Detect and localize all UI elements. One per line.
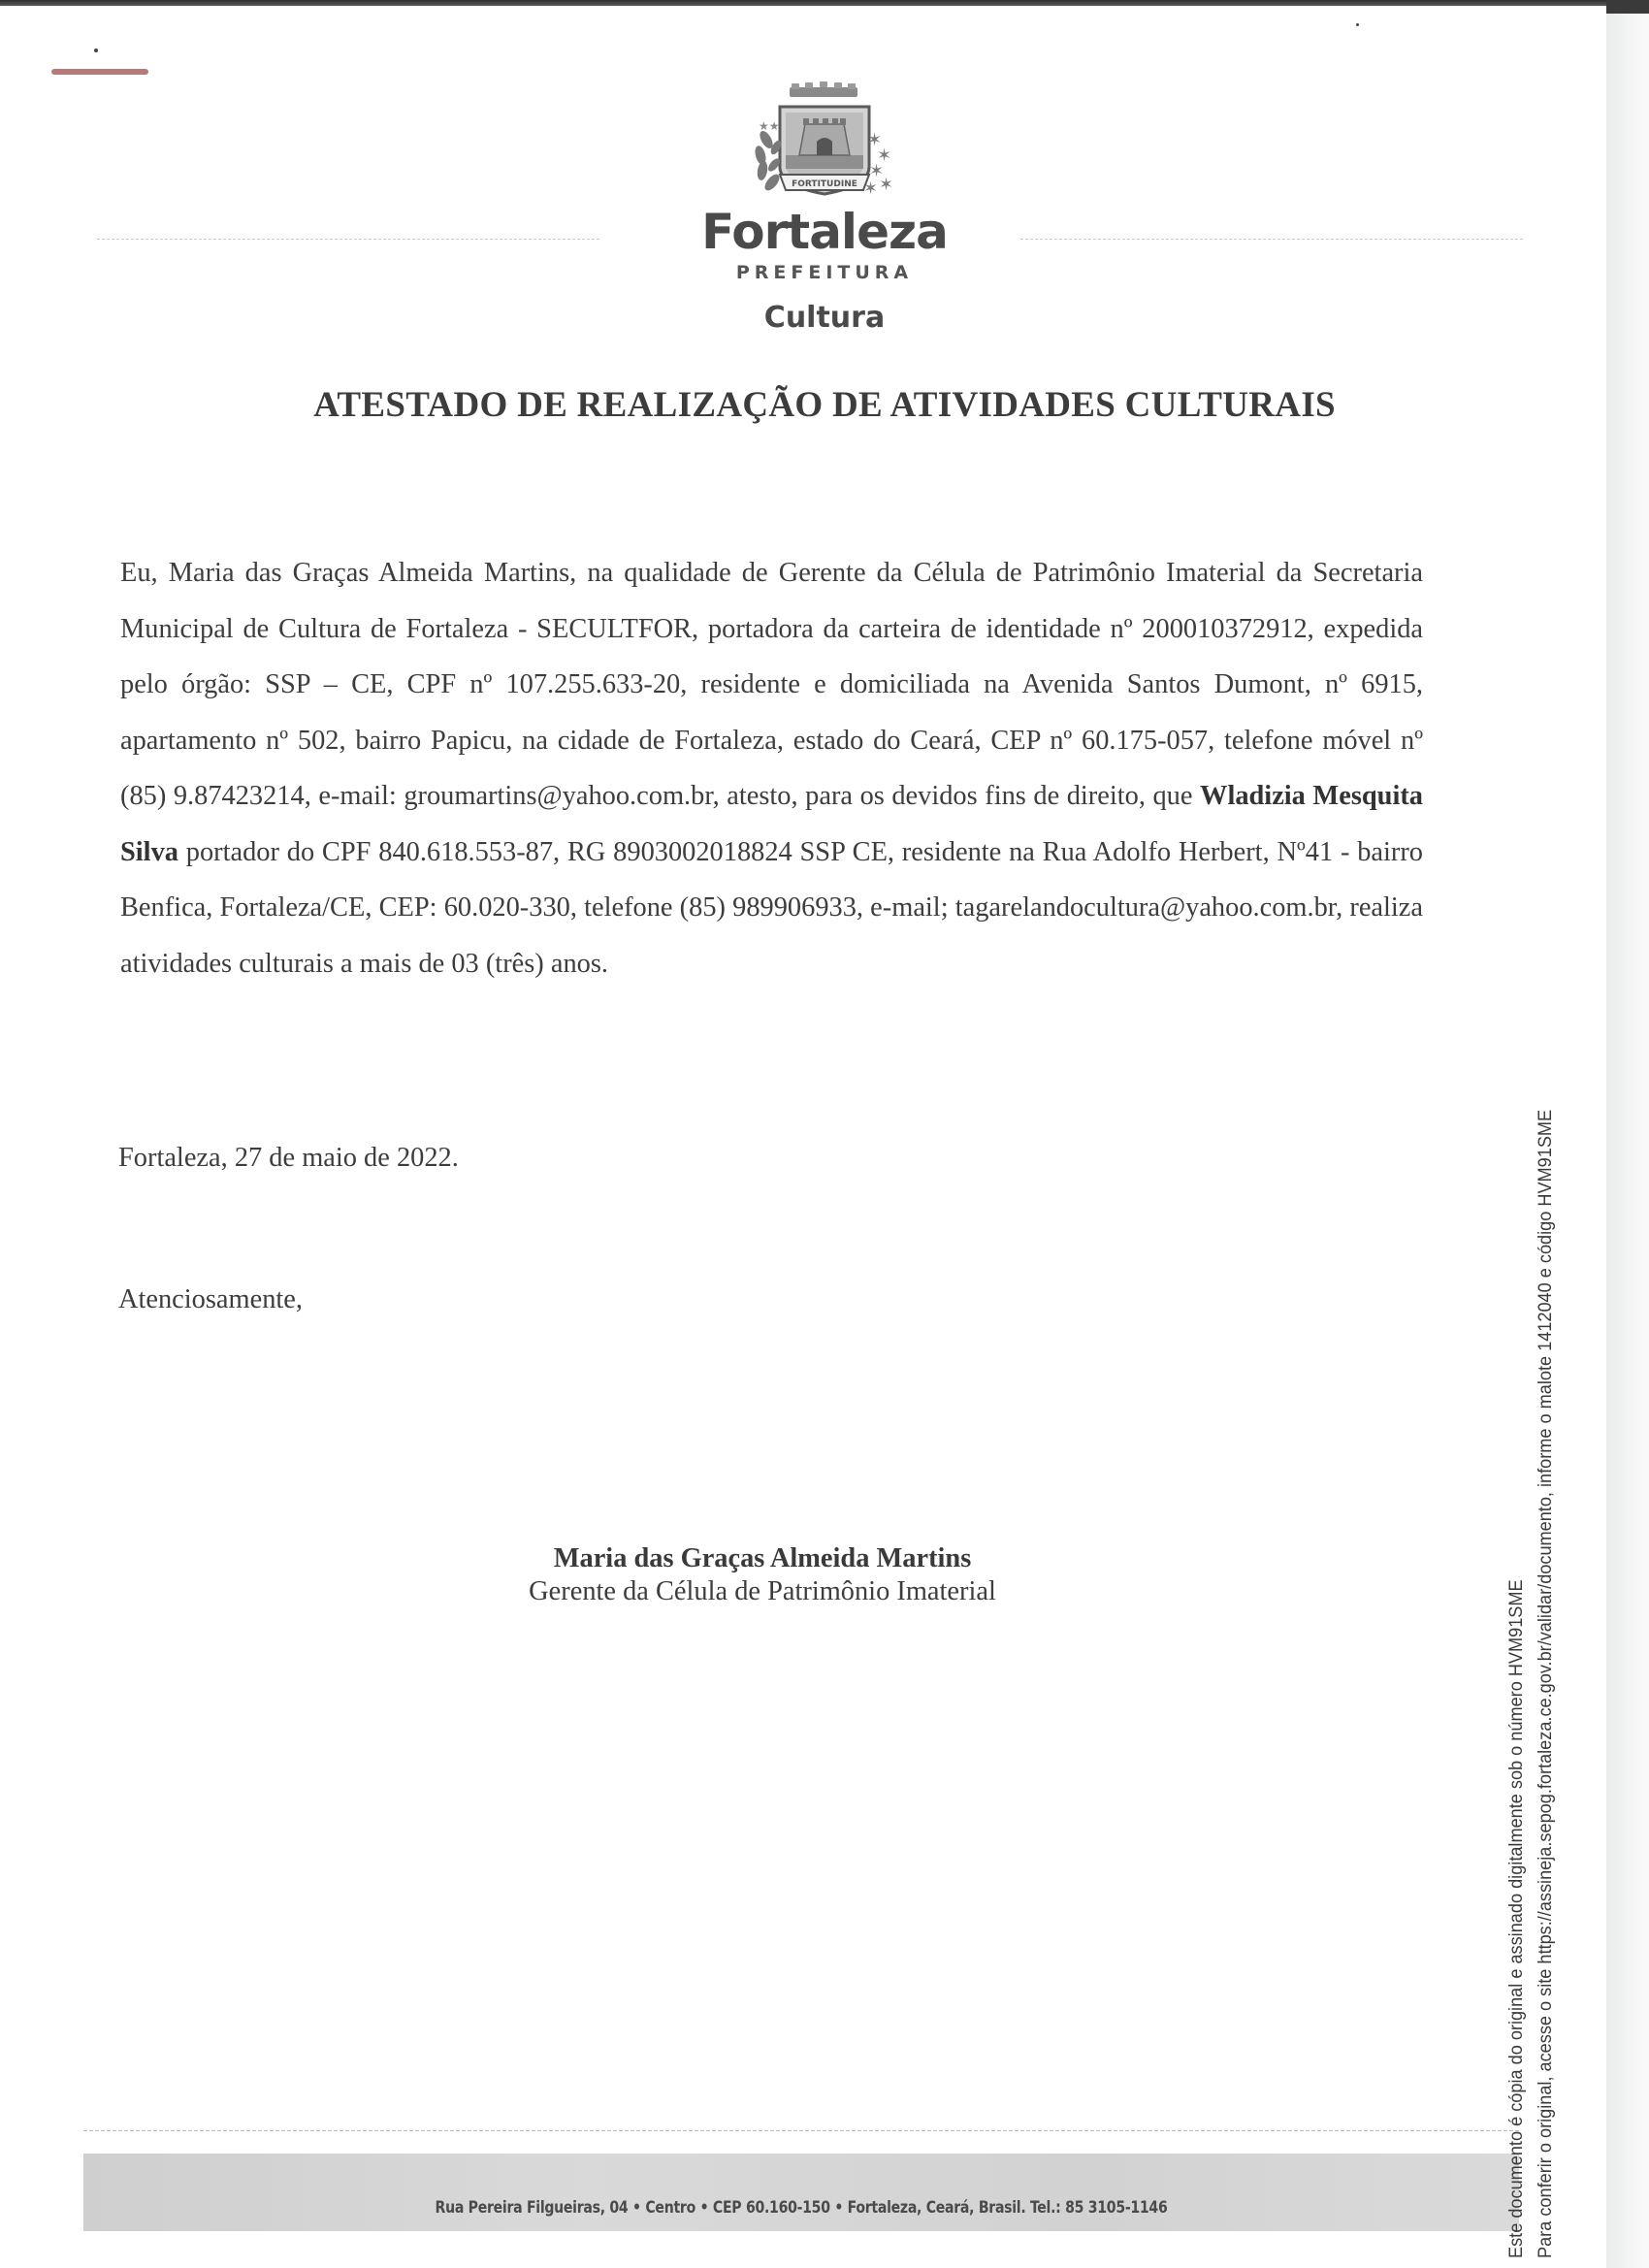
digital-signature-notice: Este documento é cópia do original e ass…: [1502, 803, 1560, 2258]
logo-institution: PREFEITURA: [689, 261, 960, 284]
logo-department: Cultura: [689, 302, 960, 335]
scanner-right-shadow: [1606, 6, 1649, 2268]
signatory-role: Gerente da Célula de Patrimônio Imateria…: [0, 1575, 1525, 1608]
logo-city-name: Fortaleza: [689, 205, 960, 259]
header-divider-right: [1020, 239, 1525, 240]
footer-divider: [83, 2130, 1519, 2131]
scanner-corner: [1606, 0, 1649, 14]
signatory-name: Maria das Graças Almeida Martins: [0, 1542, 1525, 1575]
pen-mark: [51, 69, 148, 75]
svg-text:★★: ★★: [759, 119, 780, 133]
signature-block: Maria das Graças Almeida Martins Gerente…: [0, 1542, 1525, 1608]
svg-text:✶: ✶: [879, 175, 893, 194]
paragraph-intro: Eu, Maria das Graças Almeida Martins, na…: [120, 558, 1423, 811]
scan-speck: [94, 49, 98, 52]
header-divider-left: [97, 239, 601, 240]
svg-text:FORTITUDINE: FORTITUDINE: [792, 179, 857, 189]
verification-line-2: Para conferir o original, acesse o site …: [1531, 905, 1560, 2258]
footer-address: Rua Pereira Filgueiras, 04 • Centro • CE…: [141, 2198, 1462, 2218]
scanner-top-edge: [0, 0, 1649, 6]
paragraph-details: portador do CPF 840.618.553-87, RG 89030…: [120, 837, 1423, 979]
prefeitura-logo: ★★ ✶✶✶✶✶ FORTITUDINE Fortaleza PREFEITUR…: [689, 81, 960, 335]
city-coat-of-arms-icon: ★★ ✶✶✶✶✶ FORTITUDINE: [737, 81, 912, 203]
closing-salutation: Atenciosamente,: [118, 1284, 303, 1315]
footer-band: Rua Pereira Filgueiras, 04 • Centro • CE…: [83, 2154, 1519, 2231]
attestation-paragraph: Eu, Maria das Graças Almeida Martins, na…: [120, 545, 1423, 991]
document-date: Fortaleza, 27 de maio de 2022.: [118, 1143, 459, 1174]
scan-speck: [1356, 23, 1359, 26]
document-title: ATESTADO DE REALIZAÇÃO DE ATIVIDADES CUL…: [0, 384, 1649, 426]
verification-line-1: Este documento é cópia do original e ass…: [1502, 905, 1531, 2258]
